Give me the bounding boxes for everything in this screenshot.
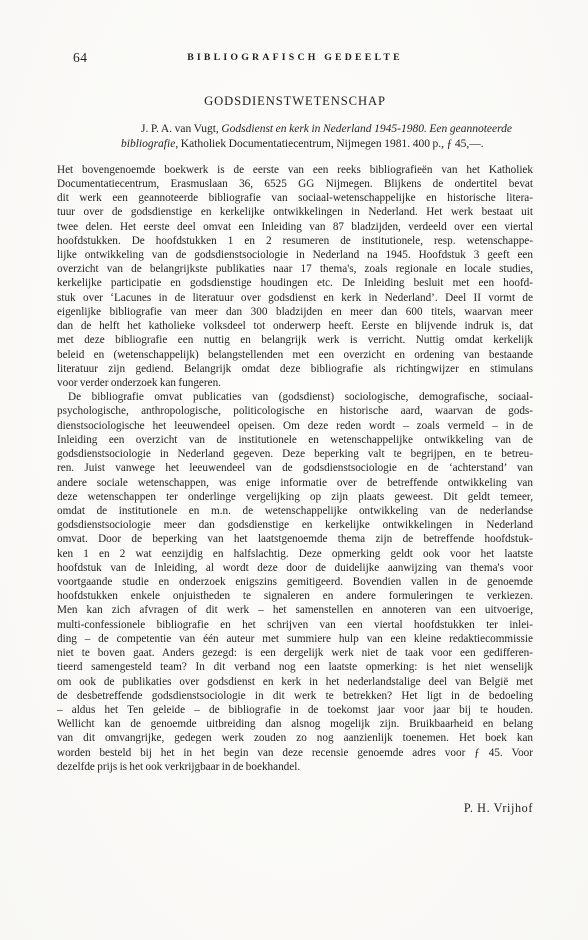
text-line: tieerd samengesteld team? In dit verband…: [57, 660, 533, 674]
text-line: hoofdstukken. De hoofdstukken 1 en 2 res…: [57, 234, 533, 248]
text-line: voortgaande studie en onderzoek enigszin…: [57, 575, 533, 589]
text-line: godsdienstsociologie meer dan godsdienst…: [57, 518, 533, 532]
text-line: eigenlijke bibliografie van meer dan 300…: [57, 305, 533, 319]
text-line: dezelfde prijs is het ook verkrijgbaar i…: [57, 760, 533, 774]
text-line: lijke ontwikkeling van de godsdienstsoci…: [57, 248, 533, 262]
citation-text: , Katholiek Documentatiecentrum, Nijmege…: [175, 138, 483, 150]
text-line: overzicht van de belangrijkste publikati…: [57, 262, 533, 276]
text-line: stuk over ‘Lacunes in de literatuur over…: [57, 291, 533, 305]
text-line: ding – de competentie van één auteur met…: [57, 632, 533, 646]
section-title: GODSDIENSTWETENSCHAP: [57, 94, 533, 109]
text-line: voor verder onderzoek kan fungeren.: [57, 376, 533, 390]
text-line: dienstsociologische het leeuwendeel opei…: [57, 419, 533, 433]
paragraph: De bibliografie omvat publicaties van (g…: [57, 390, 533, 774]
text-line: kerkelijke participatie en godsdienstige…: [57, 276, 533, 290]
review-body: Het bovengenoemde boekwerk is de eerste …: [57, 163, 533, 774]
text-line: Inleiding een overzicht van de instituti…: [57, 433, 533, 447]
text-line: omdat de institutionele en m.n. de weten…: [57, 504, 533, 518]
text-line: hoofdstukken enkele onjuistheden te sign…: [57, 589, 533, 603]
page-number: 64: [73, 50, 88, 66]
page-content: 64 BIBLIOGRAFISCH GEDEELTE GODSDIENSTWET…: [57, 0, 533, 816]
scanned-book-page: 64 BIBLIOGRAFISCH GEDEELTE GODSDIENSTWET…: [0, 0, 588, 940]
text-line: omvat. Door de beperking van het laatstg…: [57, 532, 533, 546]
text-line: godsdienstsociologie in Nederland gegeve…: [57, 447, 533, 461]
text-line: worden besteld bij het in het begin van …: [57, 746, 533, 760]
text-line: niet te boven gaat. Anders gezegd: is ee…: [57, 646, 533, 660]
text-line: tuur over de godsdienstige en kerkelijke…: [57, 205, 533, 219]
text-line: ken 1 en 2 wat eenzijdig en halfslachtig…: [57, 547, 533, 561]
text-line: dan de helft het katholieke volksdeel to…: [57, 319, 533, 333]
text-line: om ook de publikaties over godsdienst en…: [57, 675, 533, 689]
text-line: multi-confessionele bibliografie en het …: [57, 618, 533, 632]
page-header: 64 BIBLIOGRAFISCH GEDEELTE: [57, 50, 533, 64]
text-line: de desbetreffende godsdienstsociologie i…: [57, 689, 533, 703]
paragraph: Het bovengenoemde boekwerk is de eerste …: [57, 163, 533, 391]
text-line: met deze bibliografie een nuttig en bela…: [57, 333, 533, 347]
text-line: De bibliografie omvat publicaties van (g…: [57, 390, 533, 404]
text-line: van dit omvangrijke, gedegen werk zouden…: [57, 731, 533, 745]
text-line: andere sociale wetenschappen, was enige …: [57, 476, 533, 490]
reviewer-signature: P. H. Vrijhof: [57, 801, 533, 816]
running-header: BIBLIOGRAFISCH GEDEELTE: [57, 50, 533, 63]
text-line: literatuur zijn gediend. Belangrijk omda…: [57, 362, 533, 376]
text-line: Documentatiecentrum, Erasmuslaan 36, 652…: [57, 177, 533, 191]
text-line: ren. Juist vanwege het leeuwendeel van d…: [57, 461, 533, 475]
text-line: – aldus het Ten geleide – de bibliografi…: [57, 703, 533, 717]
text-line: hoofdstuk van de Inleiding, al wordt dez…: [57, 561, 533, 575]
text-line: dit werk een geannoteerde bibliografie v…: [57, 191, 533, 205]
text-line: Men kan zich afvragen of dit werk – het …: [57, 603, 533, 617]
citation-text: J. P. A. van Vugt,: [141, 123, 221, 135]
book-citation: J. P. A. van Vugt, Godsdienst en kerk in…: [121, 122, 533, 151]
text-line: Het bovengenoemde boekwerk is de eerste …: [57, 163, 533, 177]
text-line: psychologische, anthropologische, politi…: [57, 404, 533, 418]
text-line: Wellicht kan de genoemde uitbreiding dan…: [57, 717, 533, 731]
text-line: beleid en (wetenschappelijk) belangstell…: [57, 348, 533, 362]
text-line: deze wetenschappen ter onderlinge vergel…: [57, 490, 533, 504]
text-line: twee delen. Het eerste deel omvat een In…: [57, 220, 533, 234]
